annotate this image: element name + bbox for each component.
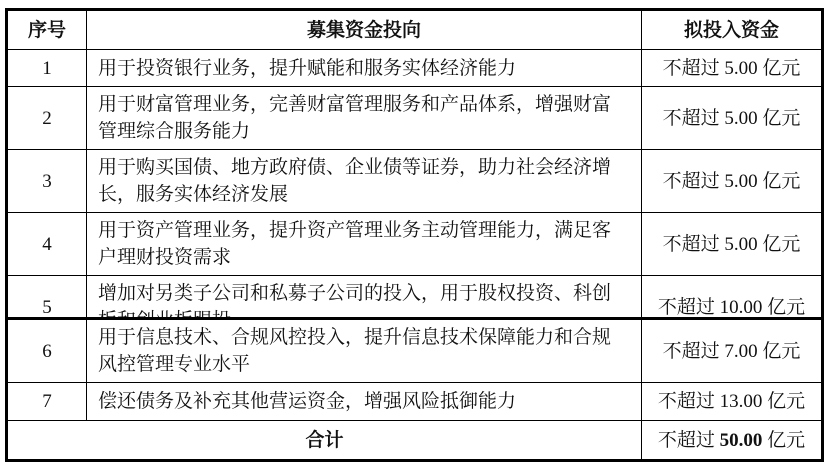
table-row: 3 用于购买国债、地方政府债、企业债等证券，助力社会经济增长，服务实体经济发展 … (7, 150, 823, 213)
use-of-proceeds-table-lower: 6 用于信息技术、合规风控投入，提升信息技术保障能力和合规风控管理专业水平 不超… (5, 317, 824, 462)
cell-amount: 不超过 5.00 亿元 (642, 87, 823, 150)
cell-purpose: 用于财富管理业务，完善财富管理服务和产品体系，增强财富管理综合服务能力 (87, 87, 642, 150)
cell-seq: 7 (7, 383, 87, 421)
cell-purpose: 偿还债务及补充其他营运资金，增强风险抵御能力 (87, 383, 642, 421)
document-page: 序号 募集资金投向 拟投入资金 1 用于投资银行业务，提升赋能和服务实体经济能力… (0, 0, 831, 460)
total-amount-value: 50.00 (720, 430, 763, 451)
cell-amount: 不超过 5.00 亿元 (642, 50, 823, 87)
cell-amount: 不超过 7.00 亿元 (642, 319, 823, 383)
table-row: 6 用于信息技术、合规风控投入，提升信息技术保障能力和合规风控管理专业水平 不超… (7, 319, 823, 383)
header-purpose: 募集资金投向 (87, 10, 642, 50)
total-amount-suffix: 亿元 (762, 430, 805, 451)
table-row: 2 用于财富管理业务，完善财富管理服务和产品体系，增强财富管理综合服务能力 不超… (7, 87, 823, 150)
table-row: 4 用于资产管理业务，提升资产管理业务主动管理能力，满足客户理财投资需求 不超过… (7, 213, 823, 276)
table-header-row: 序号 募集资金投向 拟投入资金 (7, 10, 823, 50)
table-row: 1 用于投资银行业务，提升赋能和服务实体经济能力 不超过 5.00 亿元 (7, 50, 823, 87)
cell-purpose: 用于信息技术、合规风控投入，提升信息技术保障能力和合规风控管理专业水平 (87, 319, 642, 383)
cell-purpose: 用于资产管理业务，提升资产管理业务主动管理能力，满足客户理财投资需求 (87, 213, 642, 276)
use-of-proceeds-table-upper: 序号 募集资金投向 拟投入资金 1 用于投资银行业务，提升赋能和服务实体经济能力… (5, 8, 824, 341)
cell-seq: 4 (7, 213, 87, 276)
cell-seq: 1 (7, 50, 87, 87)
cell-purpose: 用于购买国债、地方政府债、企业债等证券，助力社会经济增长，服务实体经济发展 (87, 150, 642, 213)
header-seq: 序号 (7, 10, 87, 50)
total-label: 合计 (7, 421, 642, 461)
cell-purpose: 用于投资银行业务，提升赋能和服务实体经济能力 (87, 50, 642, 87)
cell-seq: 2 (7, 87, 87, 150)
header-amount: 拟投入资金 (642, 10, 823, 50)
cell-amount: 不超过 5.00 亿元 (642, 213, 823, 276)
cell-amount: 不超过 5.00 亿元 (642, 150, 823, 213)
total-row: 合计 不超过 50.00 亿元 (7, 421, 823, 461)
cell-seq: 3 (7, 150, 87, 213)
total-amount-prefix: 不超过 (658, 430, 720, 451)
cell-amount: 不超过 13.00 亿元 (642, 383, 823, 421)
table-row: 7 偿还债务及补充其他营运资金，增强风险抵御能力 不超过 13.00 亿元 (7, 383, 823, 421)
total-amount: 不超过 50.00 亿元 (642, 421, 823, 461)
cell-seq: 6 (7, 319, 87, 383)
